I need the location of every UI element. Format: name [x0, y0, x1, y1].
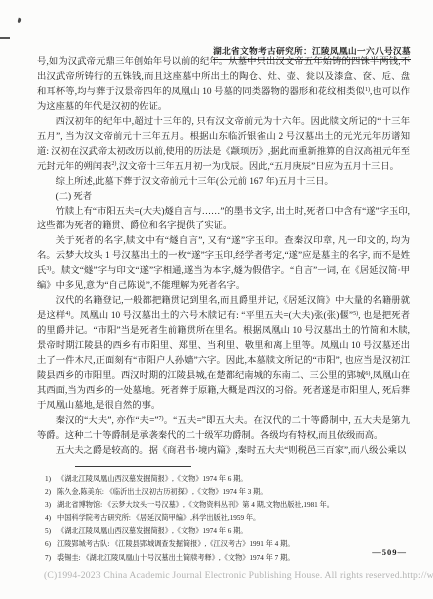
paragraph: 秦汉的“大夫”, 亦作“夫=”7)。“五夫=”即五大夫。在汉代的二十等爵制中, … [37, 414, 410, 444]
footnote-item: 2)陈久金,陈美东: 《临沂出土汉初古历初探》,《文物》1974 年 3 期。 [45, 486, 405, 499]
footnote-ref-6: 6) [365, 371, 370, 377]
footnote-number: 7) [45, 552, 57, 565]
paragraph: 综上所述,此墓下葬于汉文帝前元十三年(公元前 167 年)五月十三日。 [37, 175, 410, 190]
page-number: —509— [372, 547, 407, 557]
body-text: ,汉文帝十三年五月初一为戊辰。因此,“五月庚辰”日应为五月十三日。 [116, 162, 399, 172]
scanned-journal-page: 湖北省文物考古研究所：江陵凤凰山一六八号汉墓 号,如为汉武帝元鼎三年创始年号以前… [0, 0, 433, 599]
copyright-text: (C)1994-2023 China Academic Journal Elec… [44, 570, 402, 581]
footnote-item: 1)《湖北江陵凤凰山西汉墓发掘简报》,《文物》1974 年 6 期。 [45, 473, 405, 486]
footnote-text: 江陵郢城考古队: 《江陵县郢城调查发掘简报》,《江汉考古》1991 年 4 期。 [57, 540, 294, 548]
body-text: 。牍文“燧”字与印文“遂”字相通,遂当为本字,燧为假借字。“自言”一词, 在《居… [37, 266, 410, 291]
body-text: , 也是把死者的里爵并记。“市阳”当是死者生前籍贯所在里名。根据凤凰山 10 号… [37, 311, 410, 381]
footnote-ref-3: 3) [46, 266, 51, 272]
section-heading: (二) 死者 [37, 190, 410, 205]
footnote-text: 陈久金,陈美东: 《临沂出土汉初古历初探》,《文物》1974 年 3 期。 [57, 488, 267, 496]
footnote-number: 3) [45, 499, 57, 512]
footnote-number: 6) [45, 538, 57, 551]
footnote-item: 4)中国科学院考古研究所: 《居延汉简甲编》,科学出版社,1959 年。 [45, 512, 405, 525]
footnote-ref-5: 5) [353, 311, 358, 317]
body-text: 秦汉的“大夫”, 亦作“夫=” [56, 416, 159, 426]
footnote-number: 2) [45, 486, 57, 499]
footnote-text: 《湖北江陵凤凰山西汉墓发掘简报》,《文物》1974 年 6 期。 [57, 475, 247, 483]
article-body: 号,如为汉武帝元鼎三年创始年号以前的纪年。从墓中只出汉文帝五年始铸的四铢半两钱,… [37, 55, 410, 459]
paragraph: 西汉初年的纪年中,超过十三年的, 只有汉文帝前元为十六年。因此牍文所记的“十三年… [37, 115, 410, 175]
footnote-item: 7)裘锡圭: 《湖北江陵凤凰山十号汉墓出土简牍考释》,《文物》1974 年 7 … [45, 552, 405, 565]
paragraph: 汉代的名籍登记,一般都把籍贯记到里名,而且爵里并记,《居延汉简》中大量的名籍册就… [37, 294, 410, 414]
footnote-text: 裘锡圭: 《湖北江陵凤凰山十号汉墓出土简牍考释》,《文物》1974 年 7 期。 [57, 554, 294, 562]
footnote-item: 6)江陵郢城考古队: 《江陵县郢城调查发掘简报》,《江汉考古》1991 年 4 … [45, 538, 405, 551]
body-text: 号,如为汉武帝元鼎三年创始年号以前的纪年。从墓中只出汉文帝五年始铸的四铢半两钱,… [37, 57, 410, 97]
footnote-text: 湖北省博物馆: 《云梦大坟头一号汉墓》,《文物资料丛刊》第 4 期,文物出版社,… [57, 501, 334, 509]
footnote-text: 中国科学院考古研究所: 《居延汉简甲编》,科学出版社,1959 年。 [57, 514, 260, 522]
scan-artifact [17, 18, 21, 24]
scan-artifact [0, 37, 10, 39]
paragraph: 竹牍上有“市阳五夫=(大夫)燧自言与……”的墨书文字, 出土时,死者口中含有“遂… [37, 205, 410, 235]
footnote-list: 1)《湖北江陵凤凰山西汉墓发掘简报》,《文物》1974 年 6 期。 2)陈久金… [45, 473, 405, 565]
footnote-ref-4: 4) [65, 311, 70, 317]
paragraph: 五大夫之爵是较高的。据《商君书·境内篇》,秦时五大夫“则税邑三百家”,而八级公乘… [37, 444, 410, 459]
copyright-url: http://www.cnki.net [402, 570, 433, 581]
paragraph: 关于死者的名字,牍文中有“燧自言”, 又有“遂”字玉印。查秦汉印章, 凡一印文的… [37, 234, 410, 294]
footnote-separator [75, 466, 191, 467]
footnote-number: 5) [45, 525, 57, 538]
footnote-ref-1: 1) [365, 87, 370, 93]
footnote-number: 4) [45, 512, 57, 525]
paragraph-continuation: 号,如为汉武帝元鼎三年创始年号以前的纪年。从墓中只出汉文帝五年始铸的四铢半两钱,… [37, 55, 410, 115]
footnote-item: 3)湖北省博物馆: 《云梦大坟头一号汉墓》,《文物资料丛刊》第 4 期,文物出版… [45, 499, 405, 512]
body-text: 。凤凰山 10 号汉墓出土的六号木牍记有: “平里五夫=(大夫)张(张)偃” [70, 311, 353, 321]
footnote-item: 5)《湖北江陵凤凰山西汉墓发掘简报》,《文物》1974 年 6 期。 [45, 525, 405, 538]
footnote-ref-2: 2) [111, 161, 116, 167]
footnote-text: 《湖北江陵凤凰山西汉墓发掘简报》,《文物》1974 年 6 期。 [57, 527, 247, 535]
footnote-number: 1) [45, 473, 57, 486]
footnote-ref-7: 7) [159, 416, 164, 422]
cnki-watermark: (C)1994-2023 China Academic Journal Elec… [44, 570, 419, 581]
